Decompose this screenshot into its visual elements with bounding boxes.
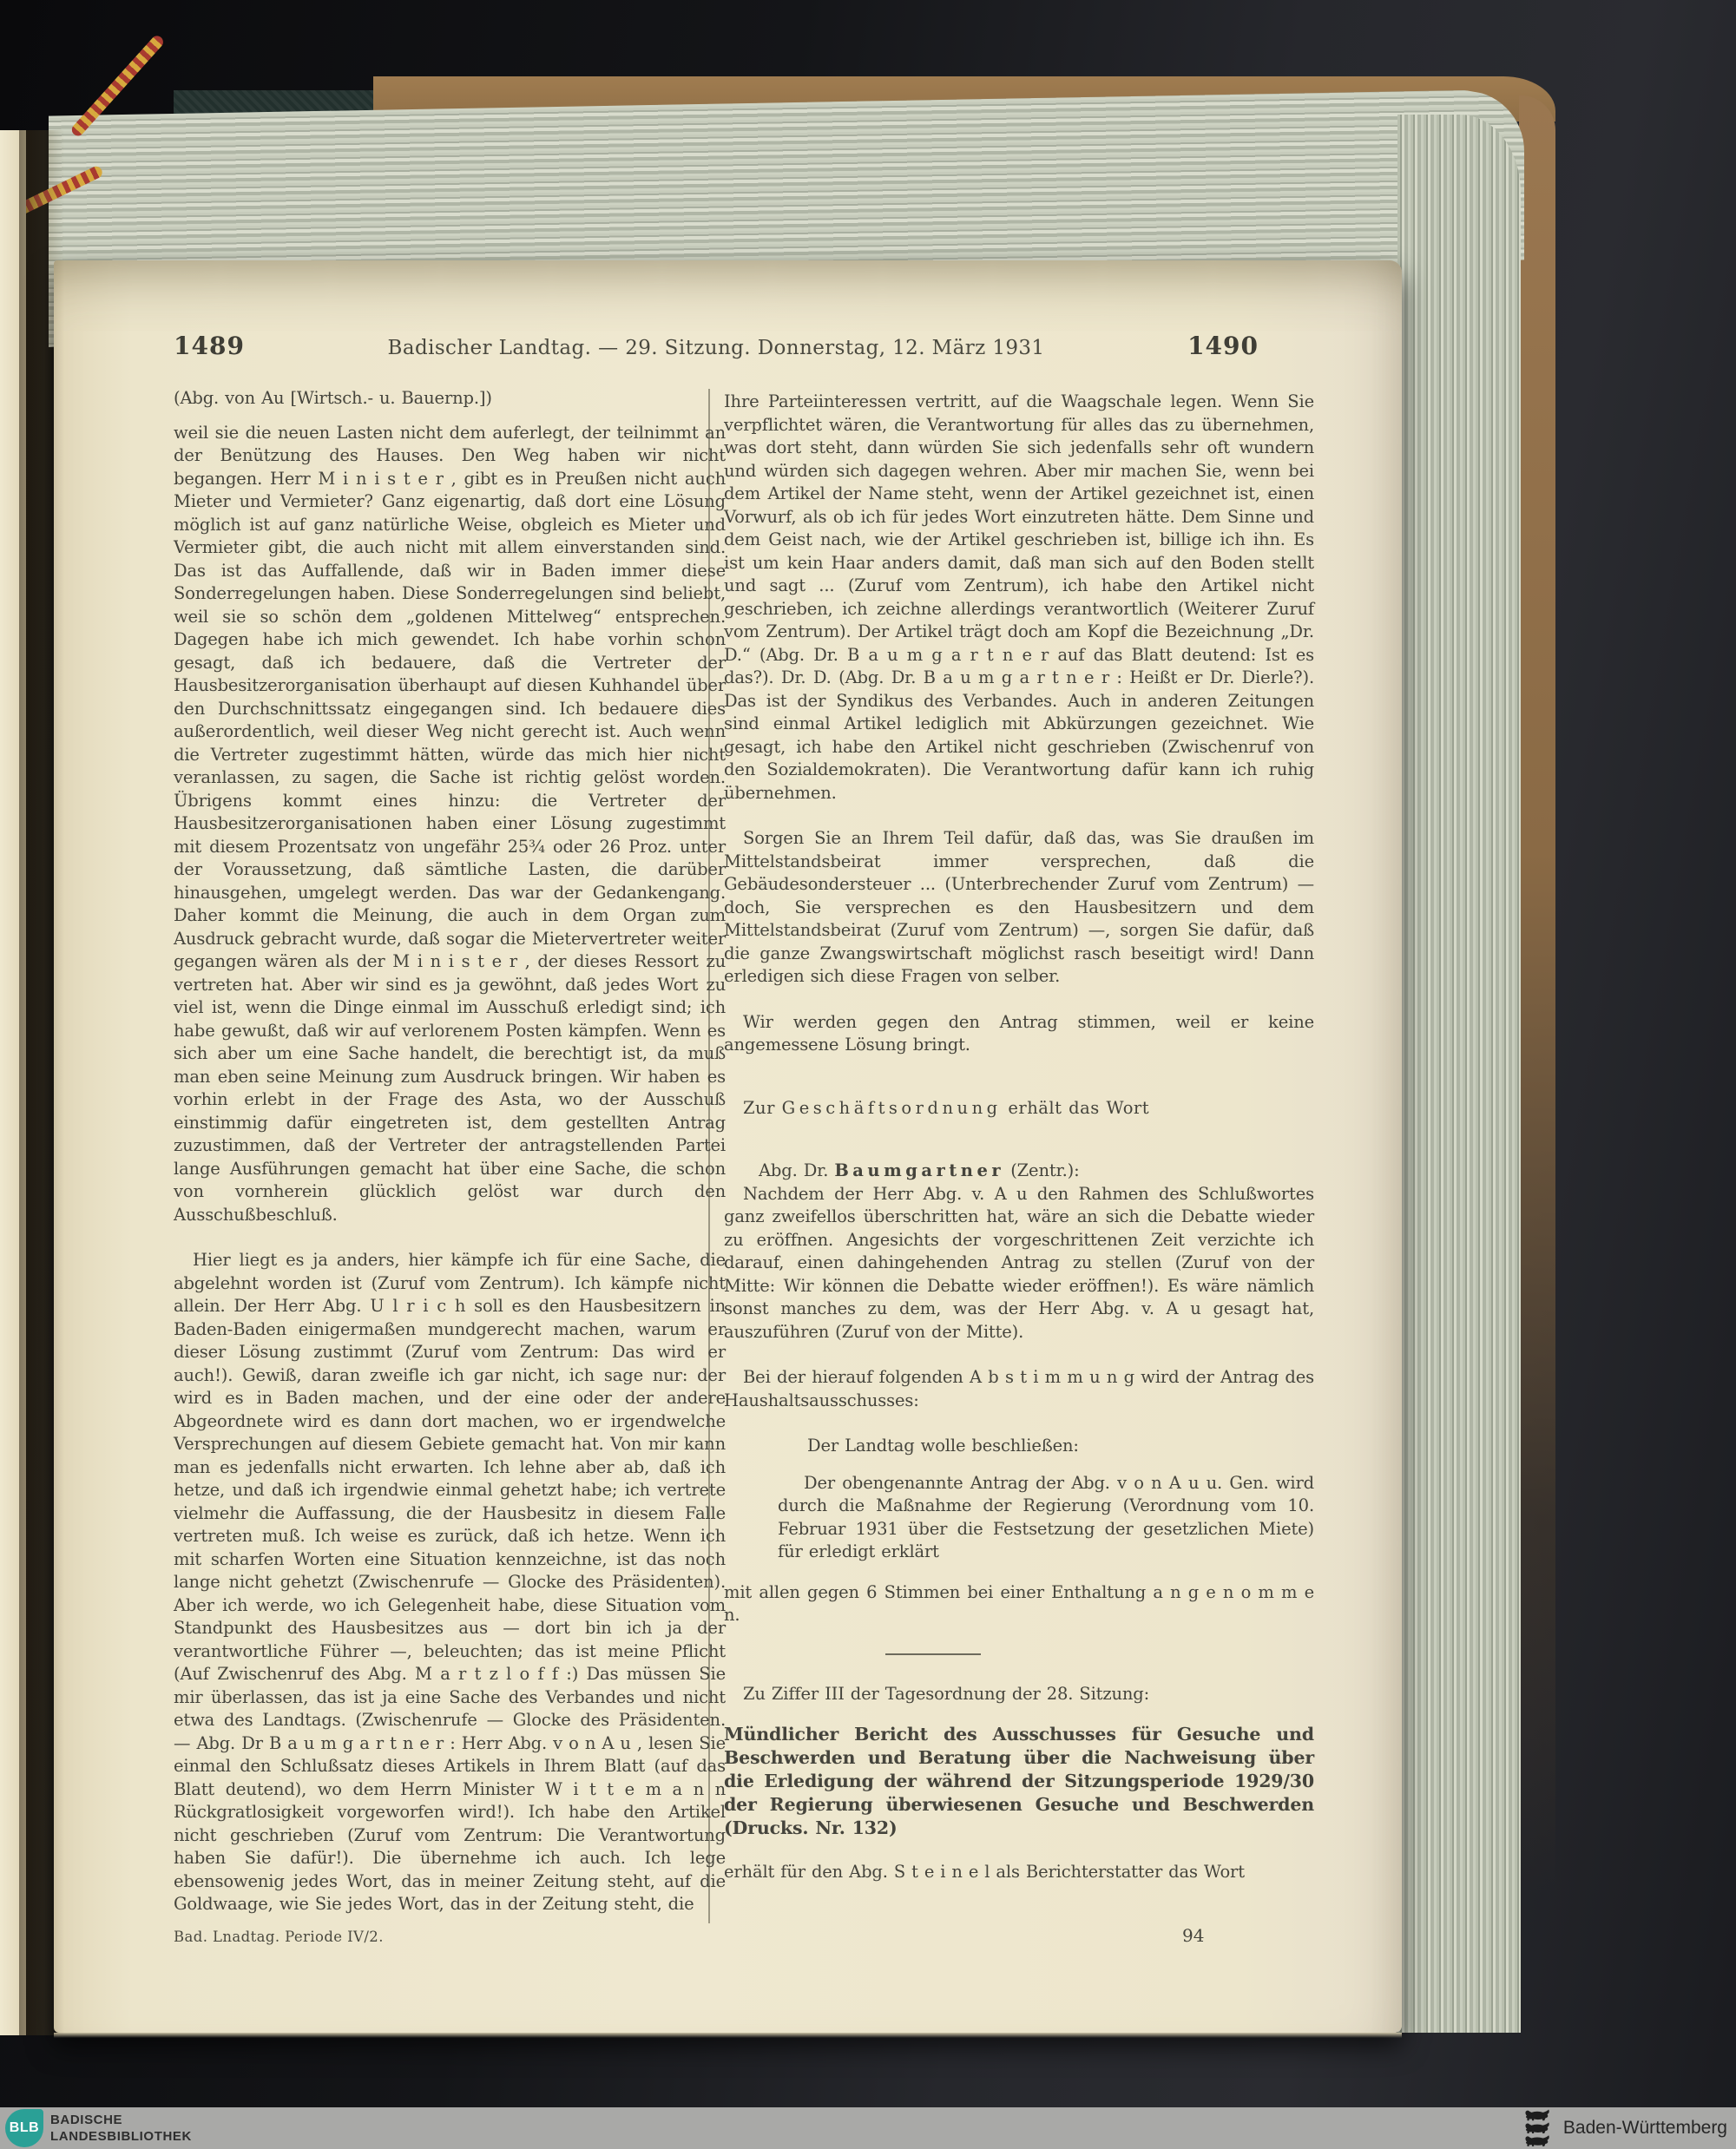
right-paragraph-1: Ihre Parteiinteressen vertritt, auf die … xyxy=(724,391,1314,805)
speaker-note: (Abg. von Au [Wirtsch.- u. Bauernp.]) xyxy=(174,387,726,411)
page-number-right: 1490 xyxy=(1187,332,1259,360)
speaker-prefix: Abg. Dr. xyxy=(759,1160,834,1180)
blb-logo-icon: BLB xyxy=(5,2109,43,2147)
order-heading-post: erhält das Wort xyxy=(1002,1098,1149,1118)
library-name: BADISCHE LANDESBIBLIOTHEK xyxy=(50,2112,192,2145)
section-divider-rule xyxy=(885,1653,981,1655)
scanned-book-photo: 1489 Badischer Landtag. — 29. Sitzung. D… xyxy=(0,0,1736,2149)
agenda-item-line: Zu Ziffer III der Tagesordnung der 28. S… xyxy=(724,1683,1314,1706)
three-lions-icon xyxy=(1520,2109,1555,2147)
left-paragraph-2: Hier liegt es ja anders, hier kämpfe ich… xyxy=(174,1249,726,1916)
speaker-heading: Abg. Dr. Baumgartner (Zentr.): xyxy=(724,1160,1314,1183)
right-paragraph-4: Nachdem der Herr Abg. v. A u den Rahmen … xyxy=(724,1183,1314,1344)
page-header: 1489 Badischer Landtag. — 29. Sitzung. D… xyxy=(174,332,1259,360)
right-text-column: Ihre Parteiinteressen vertritt, auf die … xyxy=(724,391,1314,1884)
right-paragraph-5: Bei der hierauf folgenden A b s t i m m … xyxy=(724,1366,1314,1412)
speaker-party: (Zentr.): xyxy=(1004,1160,1079,1180)
right-paragraph-3: Wir werden gegen den Antrag stimmen, wei… xyxy=(724,1011,1314,1057)
library-footer-bar: BLB BADISCHE LANDESBIBLIOTHEK Baden-Würt… xyxy=(0,2107,1736,2149)
resolution-heading: Der Landtag wolle beschließen: xyxy=(724,1435,1314,1458)
left-paragraph-1: weil sie die neuen Lasten nicht dem aufe… xyxy=(174,422,726,1227)
speaker-name: Baumgartner xyxy=(834,1160,1004,1180)
vote-result: mit allen gegen 6 Stimmen bei einer Enth… xyxy=(724,1581,1314,1627)
library-name-line1: BADISCHE xyxy=(50,2112,192,2128)
order-of-business-heading: Zur Geschäftsordnung erhält das Wort xyxy=(724,1097,1314,1121)
resolution-body: Der obengenannte Antrag der Abg. v o n A… xyxy=(724,1472,1314,1564)
order-heading-pre: Zur xyxy=(743,1098,782,1118)
signature-footer: Bad. Lnadtag. Periode IV/2. xyxy=(174,1929,384,1945)
page-number-left: 1489 xyxy=(174,332,245,360)
rapporteur-line: erhält für den Abg. S t e i n e l als Be… xyxy=(724,1861,1314,1884)
state-branding: Baden-Württemberg xyxy=(1520,2107,1727,2149)
book-cover-right-edge xyxy=(1519,95,1555,1988)
gutter-shadow xyxy=(19,130,64,2035)
book-page: 1489 Badischer Landtag. — 29. Sitzung. D… xyxy=(54,260,1402,2033)
state-label: Baden-Württemberg xyxy=(1563,2118,1727,2139)
running-title: Badischer Landtag. — 29. Sitzung. Donner… xyxy=(245,337,1187,359)
sheet-number: 94 xyxy=(1182,1925,1204,1946)
order-heading-spaced: Geschäftsordnung xyxy=(782,1098,1002,1118)
report-heading: Mündlicher Bericht des Ausschusses für G… xyxy=(724,1723,1314,1840)
library-name-line2: LANDESBIBLIOTHEK xyxy=(50,2128,192,2145)
right-paragraph-2: Sorgen Sie an Ihrem Teil dafür, daß das,… xyxy=(724,827,1314,989)
left-text-column: (Abg. von Au [Wirtsch.- u. Bauernp.]) we… xyxy=(174,387,726,1939)
page-stack-fore-edge xyxy=(1397,115,1521,2033)
